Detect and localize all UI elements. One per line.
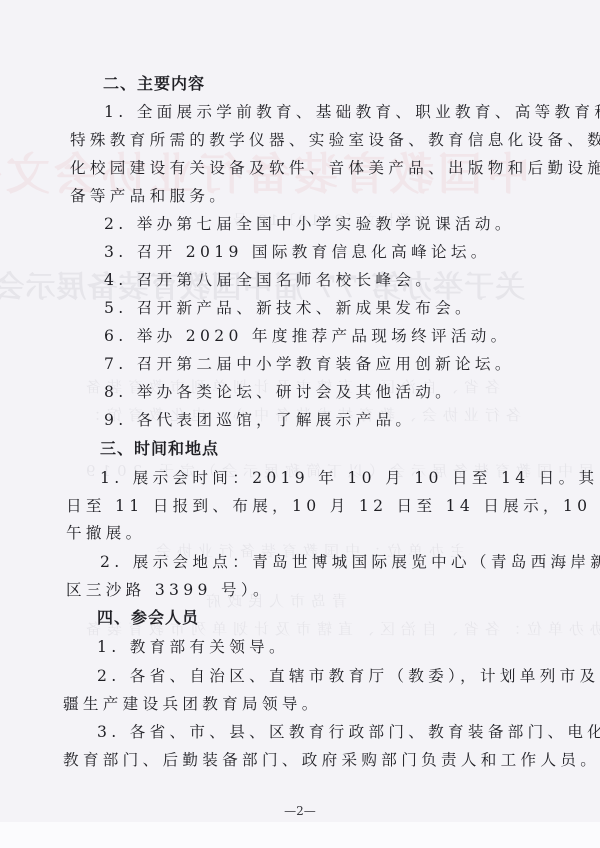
paragraph-line: 备等产品和服务。: [70, 186, 229, 206]
paragraph-line: 区三沙路 3399 号）。: [66, 580, 273, 600]
section-heading-attendees: 四、参会人员: [97, 608, 199, 628]
paragraph-line: 3. 召开 2019 国际教育信息化高峰论坛。: [104, 242, 491, 262]
paragraph-line: 日至 11 日报到、布展，10 月 12 日至 14 日展示，10 月 14 日…: [66, 496, 600, 516]
paragraph-line: 特殊教育所需的教学仪器、实验室设备、教育信息化设备、数字: [70, 130, 600, 150]
paragraph-line: 4. 召开第八届全国名师名校长峰会。: [104, 270, 435, 290]
paragraph-line: 1. 教育部有关领导。: [97, 637, 289, 657]
page-number: —2—: [0, 804, 600, 818]
scan-bottom-strip: [0, 822, 600, 848]
paragraph-line: 2. 展示会地点：青岛世博城国际展览中心（青岛西海岸新: [100, 552, 600, 572]
document-page: 中国教育装备行业协会文件 中教协文〔2019〕12 号 关于举办第 77 届中国…: [0, 0, 600, 848]
paragraph-line: 3. 各省、市、县、区教育行政部门、教育装备部门、电化: [97, 722, 600, 742]
section-heading-main-content: 二、主要内容: [103, 74, 205, 94]
section-heading-time-place: 三、时间和地点: [100, 439, 219, 459]
paragraph-line: 7. 召开第二届中小学教育装备应用创新论坛。: [104, 354, 515, 374]
paragraph-line: 2. 各省、自治区、直辖市教育厅（教委），计划单列市及新: [97, 666, 600, 686]
paragraph-line: 6. 举办 2020 年度推荐产品现场终评活动。: [104, 326, 511, 346]
paragraph-line: 1. 展示会时间：2019 年 10 月 10 日至 14 日。其中 10 月 …: [100, 468, 600, 488]
paragraph-line: 教育部门、后勤装备部门、政府采购部门负责人和工作人员。: [63, 750, 600, 770]
paragraph-line: 1. 全面展示学前教育、基础教育、职业教育、高等教育和: [104, 102, 600, 122]
paragraph-line: 2. 举办第七届全国中小学实验教学说课活动。: [104, 214, 515, 234]
paragraph-line: 5. 召开新产品、新技术、新成果发布会。: [104, 298, 475, 318]
paragraph-line: 疆生产建设兵团教育局领导。: [63, 694, 322, 714]
paragraph-line: 化校园建设有关设备及软件、音体美产品、出版物和后勤设施装: [70, 158, 600, 178]
paragraph-line: 午撤展。: [66, 523, 146, 543]
paragraph-line: 8. 举办各类论坛、研讨会及其他活动。: [104, 382, 455, 402]
paragraph-line: 9. 各代表团巡馆，了解展示产品。: [104, 410, 415, 430]
